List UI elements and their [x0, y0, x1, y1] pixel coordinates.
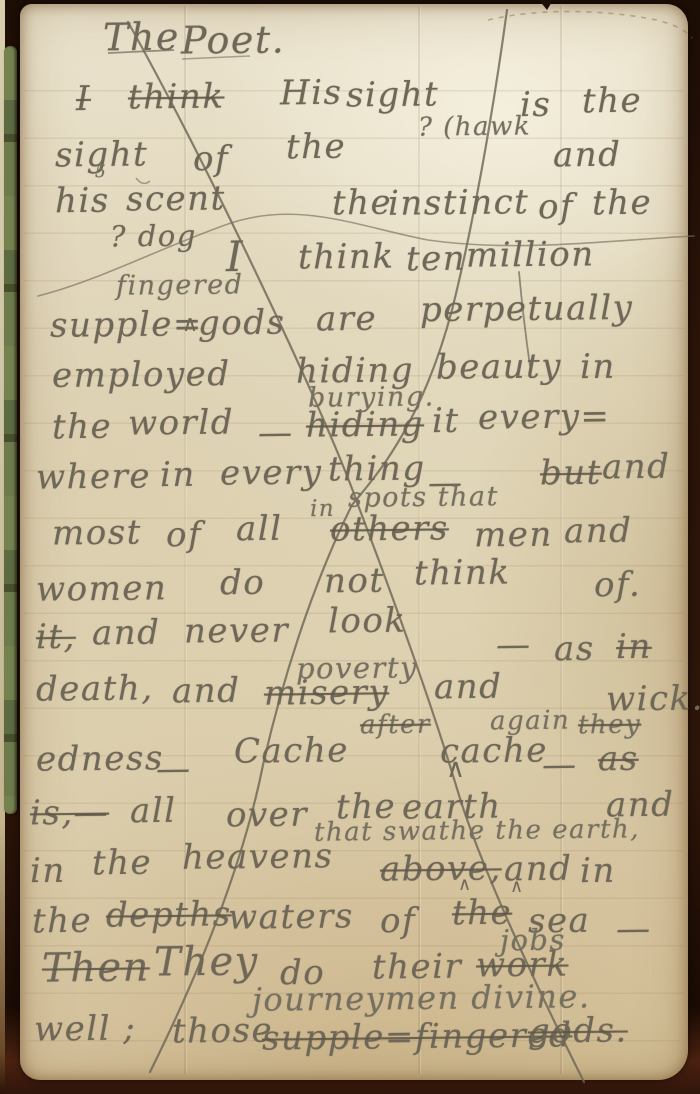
inserted-word: jobs: [500, 926, 566, 956]
line-3-word: his: [55, 184, 110, 219]
line-11-word: do: [220, 566, 266, 600]
line-19-word: gods.: [528, 1013, 628, 1048]
line-1-word: I: [76, 82, 91, 116]
line-15-word: is,—: [30, 796, 109, 831]
line-14-word: Cache: [234, 733, 349, 768]
title-word: Poet.: [181, 20, 286, 59]
line-17-word: —: [616, 912, 652, 946]
inserted-word: they: [578, 712, 642, 739]
line-14-word: —: [542, 748, 578, 782]
line-13-word: death,: [36, 671, 154, 706]
line-13-word: and: [172, 674, 241, 709]
line-3-word: the: [592, 186, 653, 221]
line-15-word: all: [130, 794, 177, 828]
line-17-word: depths: [106, 897, 232, 932]
line-17-word: the: [32, 904, 93, 939]
line-10-word: men: [474, 518, 553, 553]
line-19-word: those: [172, 1013, 273, 1048]
line-4-word: ? dog: [110, 222, 197, 252]
line-12-word: it,: [36, 620, 76, 654]
line-16-word: heavens: [182, 839, 334, 875]
line-3-word: the: [332, 186, 393, 221]
inserted-word: burying.: [308, 383, 435, 411]
inserted-word: ? (hawk: [418, 113, 531, 140]
line-9-word: every: [220, 455, 323, 490]
inserted-word: after: [360, 712, 431, 739]
line-10-word: others: [330, 511, 449, 546]
line-5-word: million: [466, 237, 595, 272]
line-11-word: not: [324, 564, 385, 599]
inserted-word: poverty: [296, 653, 418, 683]
inserted-word: again: [490, 708, 570, 735]
line-18-word: They: [154, 941, 259, 982]
manuscript-photo: ThePoet.IthinkHissightisthesightoftheand…: [0, 0, 700, 1094]
line-8-word: —: [258, 416, 294, 450]
line-12-word: never: [184, 613, 289, 648]
line-17-word: of: [380, 904, 416, 938]
line-7-word: beauty: [436, 349, 562, 384]
line-16-word: in: [580, 854, 616, 888]
line-9-word: but: [540, 456, 602, 491]
line-8-word: every=: [478, 399, 611, 434]
line-8-word: world: [128, 405, 234, 440]
line-2-word: the: [286, 130, 347, 165]
line-6-word: gods: [198, 306, 286, 341]
line-12-word: as: [554, 632, 595, 666]
line-5-word: ten: [406, 242, 467, 277]
line-7-word: employed: [52, 357, 231, 393]
line-16-word: in: [30, 854, 66, 888]
line-9-word: in: [160, 458, 196, 492]
handwriting-layer: ThePoet.IthinkHissightisthesightoftheand…: [0, 0, 700, 1094]
line-2-word: and: [553, 138, 622, 173]
line-12-word: —: [496, 628, 532, 662]
line-6-word: supple=: [50, 307, 203, 343]
line-1-word: think: [128, 79, 225, 114]
line-14-word: as: [598, 742, 639, 776]
line-3-word: instinct: [388, 185, 530, 220]
caret-mark: ∧: [458, 876, 471, 894]
line-10-word: all: [236, 512, 283, 546]
line-13-word: and: [434, 670, 503, 705]
line-19-word: supple=fingered: [262, 1018, 573, 1055]
line-2-word: of: [193, 142, 229, 176]
line-8-word: it: [432, 404, 460, 438]
line-8-word: the: [52, 410, 113, 445]
line-9-word: and: [602, 450, 671, 485]
line-12-word: in: [616, 630, 652, 664]
line-6-word: are: [316, 302, 378, 337]
title-word: The: [103, 18, 180, 57]
inserted-word: that swathe the earth,: [314, 816, 640, 845]
line-15-word: over: [226, 798, 308, 833]
line-14-word: —: [156, 752, 192, 786]
line-6-word: perpetually: [420, 291, 634, 327]
inserted-word: in: [310, 498, 335, 521]
line-10-word: most: [52, 516, 142, 551]
line-11-word: think: [414, 555, 511, 590]
line-1-word: sight: [346, 78, 440, 113]
inserted-word: spots that: [348, 483, 499, 512]
inserted-word: fingered: [116, 271, 244, 299]
line-12-word: look: [328, 604, 407, 639]
line-14-word: edness: [36, 741, 164, 776]
line-10-word: and: [564, 514, 633, 549]
line-1-word: the: [582, 84, 643, 119]
caret-mark: ∧: [446, 756, 465, 782]
line-3-word: scent: [126, 181, 226, 216]
line-16-word: above,: [380, 851, 502, 886]
line-11-word: women: [36, 571, 168, 606]
line-5-word: think: [298, 239, 395, 274]
line-16-word: the: [92, 846, 153, 881]
line-7-word: in: [580, 350, 616, 384]
inserted-word: 5: [95, 164, 108, 181]
line-9-word: where: [36, 459, 151, 494]
line-11-word: of.: [594, 568, 642, 602]
line-1-word: His: [280, 76, 343, 111]
line-19-word: well ;: [34, 1011, 137, 1046]
line-17-word: waters: [228, 899, 354, 934]
caret-mark: ∧: [510, 878, 523, 896]
line-18-word: Then: [42, 947, 150, 988]
inserted-word: journeymen divine.: [252, 980, 591, 1016]
line-10-word: of: [166, 518, 202, 552]
line-3-word: of: [538, 190, 574, 224]
caret-mark: ∧: [182, 314, 198, 336]
line-12-word: and: [92, 616, 161, 651]
